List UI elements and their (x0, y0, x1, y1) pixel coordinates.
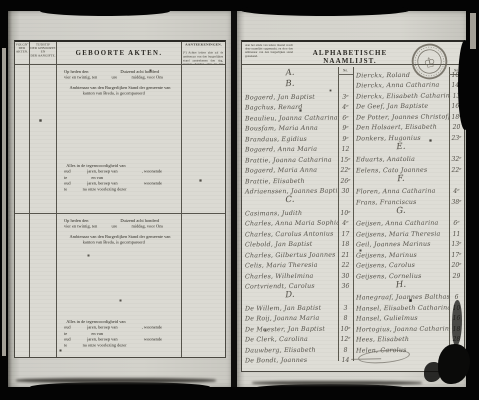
name-entry-row: Hansel, Elisabeth Catharina10 (353, 301, 464, 312)
blank-space (64, 240, 83, 246)
entry-name: Bousfam, Maria Anna (242, 124, 338, 132)
entry-act-number: 23ᵉ (449, 135, 464, 142)
page-title: ALPHABETISCHE NAAMLIJST. (288, 49, 412, 65)
entry-act-number: 36 (338, 283, 353, 290)
name-entry-row: Charles, Carolus Antonius17 (242, 227, 353, 238)
name-entry-row: De Potter, Joannes Christoffel18ᵉ (353, 110, 464, 121)
entry-act-number: 8 (338, 315, 353, 322)
entry-name: De Willem, Jan Baptist (242, 304, 338, 312)
entry-name: Brattie, Elisabeth (242, 177, 338, 185)
name-entry-row: De Bondt, Joannes14 (242, 354, 353, 365)
birth-acts-table: VOLGNº DER AKTEN. TIJDSTIP DER GEBOORTE … (14, 40, 226, 358)
entry-act-number: 22 (338, 262, 353, 269)
act-opening-text: Op heden denDuizend acht honderdvier en … (64, 218, 182, 245)
entry-name: Beaulieu, Joanna Catharina (242, 114, 338, 122)
entry-name: Geijsens, Maria Theresia (353, 230, 449, 238)
form-line: vier en twintig, tenuremiddag, voor Ons (64, 224, 182, 230)
name-entry-row: Geijsens, Maria Theresia11 (353, 227, 464, 238)
form-text: , woonende (142, 325, 162, 331)
entry-name: Geijsens, Carolus (353, 261, 449, 269)
entry-act-number: 12ᵉ (338, 336, 353, 343)
entry-act-number: 22ᵉ (338, 167, 353, 174)
left-page-title-text: GEBOORTE AKTEN. (76, 50, 163, 57)
act2-form-cell: Op heden denDuizend acht honderdvier en … (57, 214, 182, 357)
name-entry-row: Geijsens, Carolus20ᵉ (353, 259, 464, 270)
entry-act-number: 38ᵉ (449, 199, 464, 206)
act2-annotations-cell (182, 214, 225, 357)
entry-act-number: 6ᵉ (449, 220, 464, 227)
column-header-act-number-label: VOLGNº DER AKTEN. (15, 42, 29, 54)
entry-act-number: 20ᵉ (449, 262, 464, 269)
form-text: , woonende (142, 169, 162, 175)
underlying-page-edge (470, 13, 476, 49)
name-entry-row: Den Holsaert, Elisabeth20 (353, 121, 464, 132)
blank-space (117, 75, 131, 81)
name-entry-row: Dierckx, Anna Catharina14ᵉ (353, 79, 464, 90)
name-entry-row: Bogaerd, Maria Anna22ᵉ (242, 164, 353, 175)
act-witness-text: Alles in de tegenwoordigheid vanoudjaren… (64, 319, 182, 348)
form-text: middag, voor Ons (131, 224, 163, 230)
name-entry-row: Charles, Wilhelmina30 (242, 269, 353, 280)
blank-space (118, 169, 142, 175)
form-line: tena onze voorlezing dezer (64, 342, 182, 348)
entry-name: De Potter, Joannes Christoffel (353, 113, 449, 121)
name-entry-row: Bogaerd, Anna Maria12 (242, 143, 353, 154)
act2-date-cell (30, 214, 57, 357)
form-text: woonende (144, 337, 162, 343)
name-list-header: Aan het einde van iedere maand wordt dez… (242, 42, 464, 65)
blank-space (97, 224, 111, 230)
name-entry-row: Dauwberg, Elisabeth8 (242, 343, 353, 354)
name-entry-row: Geijsens, Marinus17ᵉ (353, 248, 464, 259)
blank-space (117, 224, 131, 230)
scanned-register-spread: VOLGNº DER AKTEN. TIJDSTIP DER GEBOORTE … (0, 0, 479, 400)
printed-instruction-note: Aan het einde van iedere maand wordt dez… (245, 44, 293, 58)
torn-edge-bump (250, 384, 410, 394)
entry-name: Floren, Anna Catharina (353, 187, 449, 195)
name-entry-row: De Roij, Joanna Maria8 (242, 312, 353, 323)
name-entry-row: Celis, Maria Theresia22 (242, 259, 353, 270)
entry-name: Eduarts, Anatolia (353, 155, 449, 163)
name-list-table: Aan het einde van iedere maand wordt dez… (241, 40, 465, 372)
name-entry-row: Brattie, Joanna Catharina15ᵉ (242, 153, 353, 164)
entry-name: De Meester, Jan Baptist (242, 325, 338, 333)
entry-name: Hansel, Gulielmus (353, 314, 449, 322)
entry-name: De Roij, Joanna Maria (242, 314, 338, 322)
left-page-title: GEBOORTE AKTEN. (57, 42, 182, 65)
column-header-act-number: VOLGNº DER AKTEN. (15, 42, 30, 65)
entry-name: Geil, Joannes Marinus (353, 240, 449, 248)
entry-act-number: 3ᵉ (338, 94, 353, 101)
entry-act-number: 18 (338, 241, 353, 248)
scan-smudge (16, 378, 216, 383)
act1-annotations-cell (182, 65, 225, 214)
blank-space (67, 186, 82, 192)
entry-act-number: 17 (338, 231, 353, 238)
name-entry-row: Hansel, Gulielmus16 (353, 312, 464, 323)
name-entry-row: Geil, Joannes Marinus13ᵉ (353, 238, 464, 249)
form-text: na onze voorlezing dezer (83, 186, 127, 192)
entry-act-number: 4ᵉ (449, 188, 464, 195)
form-text: woonende (144, 181, 162, 187)
name-entry-row: De Meester, Jan Baptist10ᵉ (242, 322, 353, 333)
entry-act-number: 9ᵉ (338, 136, 353, 143)
column-header-annotations: AANTEEKENINGEN. (*) Achter iedere akte z… (182, 42, 225, 65)
entry-name: Hansel, Elisabeth Catharina (353, 304, 449, 312)
column-header-date: TIJDSTIP DER GEBOORTE EN DER AANGIFTE. (30, 42, 57, 65)
torn-edge-bump (458, 40, 472, 130)
entry-act-number: 29 (449, 273, 464, 280)
form-text: vier en twintig, ten (64, 75, 97, 81)
entry-act-number: 8 (338, 347, 353, 354)
entry-name: Brattie, Joanna Catharina (242, 156, 338, 164)
entry-name: De Geef, Jan Baptiste (353, 102, 449, 110)
entry-name: Charles, Carolus Antonius (242, 230, 338, 238)
act1-date-cell (30, 65, 57, 214)
scan-smudge (252, 381, 422, 385)
name-list-body: No. No. A.B.Bogaerd, Jan Baptist3ᵉBagchu… (242, 67, 464, 371)
entry-name: Charles, Wilhelmina (242, 272, 338, 280)
entry-act-number: 22ᵉ (449, 167, 464, 174)
entry-name: Dierckx, Anna Catharina (353, 81, 449, 89)
act2-number-cell (15, 214, 30, 357)
entry-name: Clebold, Jan Baptist (242, 240, 338, 248)
form-text: na onze voorlezing dezer (83, 342, 127, 348)
entry-name: Hanegraaf, Joannes Balthasar (353, 293, 449, 301)
entry-act-number: 10ᵉ (338, 326, 353, 333)
entry-name: Hortogius, Joanna Catharina (353, 325, 449, 333)
blank-space (97, 75, 111, 81)
entry-act-number: 4ᵉ (338, 104, 353, 111)
blank-space (118, 325, 142, 331)
entry-act-number: 6ᵉ (338, 115, 353, 122)
entry-act-number: 15ᵉ (338, 157, 353, 164)
column-header-date-label: TIJDSTIP DER GEBOORTE EN DER AANGIFTE. (30, 42, 56, 57)
name-entry-row: Hees, Elisabeth28 (353, 333, 464, 344)
name-entry-row: De Clerk, Carolina12ᵉ (242, 333, 353, 344)
entry-name: De Bondt, Joannes (242, 356, 338, 364)
entry-name: Celis, Maria Theresia (242, 261, 338, 269)
entry-name: Dierckx, Roland (353, 71, 449, 79)
entry-name: Geijsens, Marinus (353, 251, 449, 259)
entry-act-number: 32ᵉ (449, 156, 464, 163)
entry-act-number: 30 (338, 188, 353, 195)
annotations-title: AANTEEKENINGEN. (182, 42, 225, 47)
entry-name: Geijsen, Anna Catharina (353, 219, 449, 227)
name-entry-row: Hortogius, Joanna Catharina18 (353, 322, 464, 333)
entry-name: Charles, Anna Maria Sophia (242, 219, 338, 227)
left-page-birth-acts: VOLGNº DER AKTEN. TIJDSTIP DER GEBOORTE … (8, 11, 232, 388)
entry-name: Bogaerd, Jan Baptist (242, 93, 338, 101)
name-entry-row: Brandaus, Egidius9ᵉ (242, 132, 353, 143)
torn-edge-bump (40, 6, 170, 16)
entry-name: Brandaus, Egidius (242, 135, 338, 143)
entry-name: Casimans, Judith (242, 209, 338, 217)
name-entry-row: De Geef, Jan Baptiste16ᵉ (353, 100, 464, 111)
entry-act-number: 21 (338, 252, 353, 259)
blank-space (64, 91, 83, 97)
form-text: vier en twintig, ten (64, 224, 97, 230)
entry-act-number: 9ᵉ (338, 125, 353, 132)
blank-space (67, 342, 82, 348)
name-entry-row: Clebold, Jan Baptist18 (242, 238, 353, 249)
form-line: tena onze voorlezing dezer (64, 186, 182, 192)
right-page-name-list: Aan het einde van iedere maand wordt dez… (237, 11, 468, 389)
name-entry-row: Dierckx, Roland10ᵉ (353, 68, 464, 79)
entry-act-number: 26ᵉ (338, 178, 353, 185)
act1-form-cell: Op heden denDuizend acht honderdvier en … (57, 65, 182, 214)
form-line: kanton van Breda, is gecompareerd (64, 91, 182, 97)
name-entry-row: Brattie, Elisabeth26ᵉ (242, 174, 353, 185)
name-entry-row: Beaulieu, Joanna Catharina6ᵉ (242, 111, 353, 122)
act-witness-text: Alles in de tegenwoordigheid vanoudjaren… (64, 163, 182, 192)
act-opening-text: Op heden denDuizend acht honderdvier en … (64, 69, 182, 96)
entry-name: De Clerk, Carolina (242, 335, 338, 343)
entry-act-number: 11 (449, 231, 464, 238)
entry-name: Bogaerd, Anna Maria (242, 145, 338, 153)
entry-act-number: 17ᵉ (449, 252, 464, 259)
name-column-right: Dierckx, Roland10ᵉDierckx, Anna Catharin… (353, 68, 464, 354)
name-entry-row: Dierckx, Elisabeth Catharina13 (353, 89, 464, 100)
scan-speckles (0, 0, 1, 1)
name-entry-row: Bousfam, Maria Anna9ᵉ (242, 122, 353, 133)
entry-name: Bogaerd, Maria Anna (242, 166, 338, 174)
entry-act-number: 4ᵉ (338, 220, 353, 227)
entry-act-number: 30 (338, 273, 353, 280)
entry-name: Bagchus, Renard (242, 103, 338, 111)
form-text: kanton van Breda, is gecompareerd (83, 240, 145, 246)
form-line: kanton van Breda, is gecompareerd (64, 240, 182, 246)
entry-name: Dierckx, Elisabeth Catharina (353, 92, 449, 100)
form-line: vier en twintig, tenuremiddag, voor Ons (64, 75, 182, 81)
form-text: kanton van Breda, is gecompareerd (83, 91, 145, 97)
act1-number-cell (15, 65, 30, 214)
entry-act-number: 13ᵉ (449, 241, 464, 248)
torn-edge-bump (240, 4, 410, 16)
name-entry-row: Bagchus, Renard4ᵉ (242, 101, 353, 112)
entry-act-number: 3 (338, 305, 353, 312)
torn-edge-bump (30, 382, 210, 392)
underlying-page-edge (2, 48, 6, 356)
entry-name: Charles, Gilbertus Joannes (242, 251, 338, 259)
annotations-fine-print: (*) Achter iedere akte zal de ambtenaar … (182, 51, 224, 65)
entry-name: Dauwberg, Elisabeth (242, 346, 338, 354)
entry-act-number: 12 (338, 146, 353, 153)
name-column-left: A.B.Bogaerd, Jan Baptist3ᵉBagchus, Renar… (242, 68, 353, 364)
entry-act-number: 10ᵉ (338, 210, 353, 217)
form-text: middag, voor Ons (131, 75, 163, 81)
name-entry-row: Charles, Gilbertus Joannes21 (242, 248, 353, 259)
name-entry-row: Charles, Anna Maria Sophia4ᵉ (242, 217, 353, 228)
entry-name: Den Holsaert, Elisabeth (353, 123, 449, 131)
entry-name: Hees, Elisabeth (353, 335, 449, 343)
